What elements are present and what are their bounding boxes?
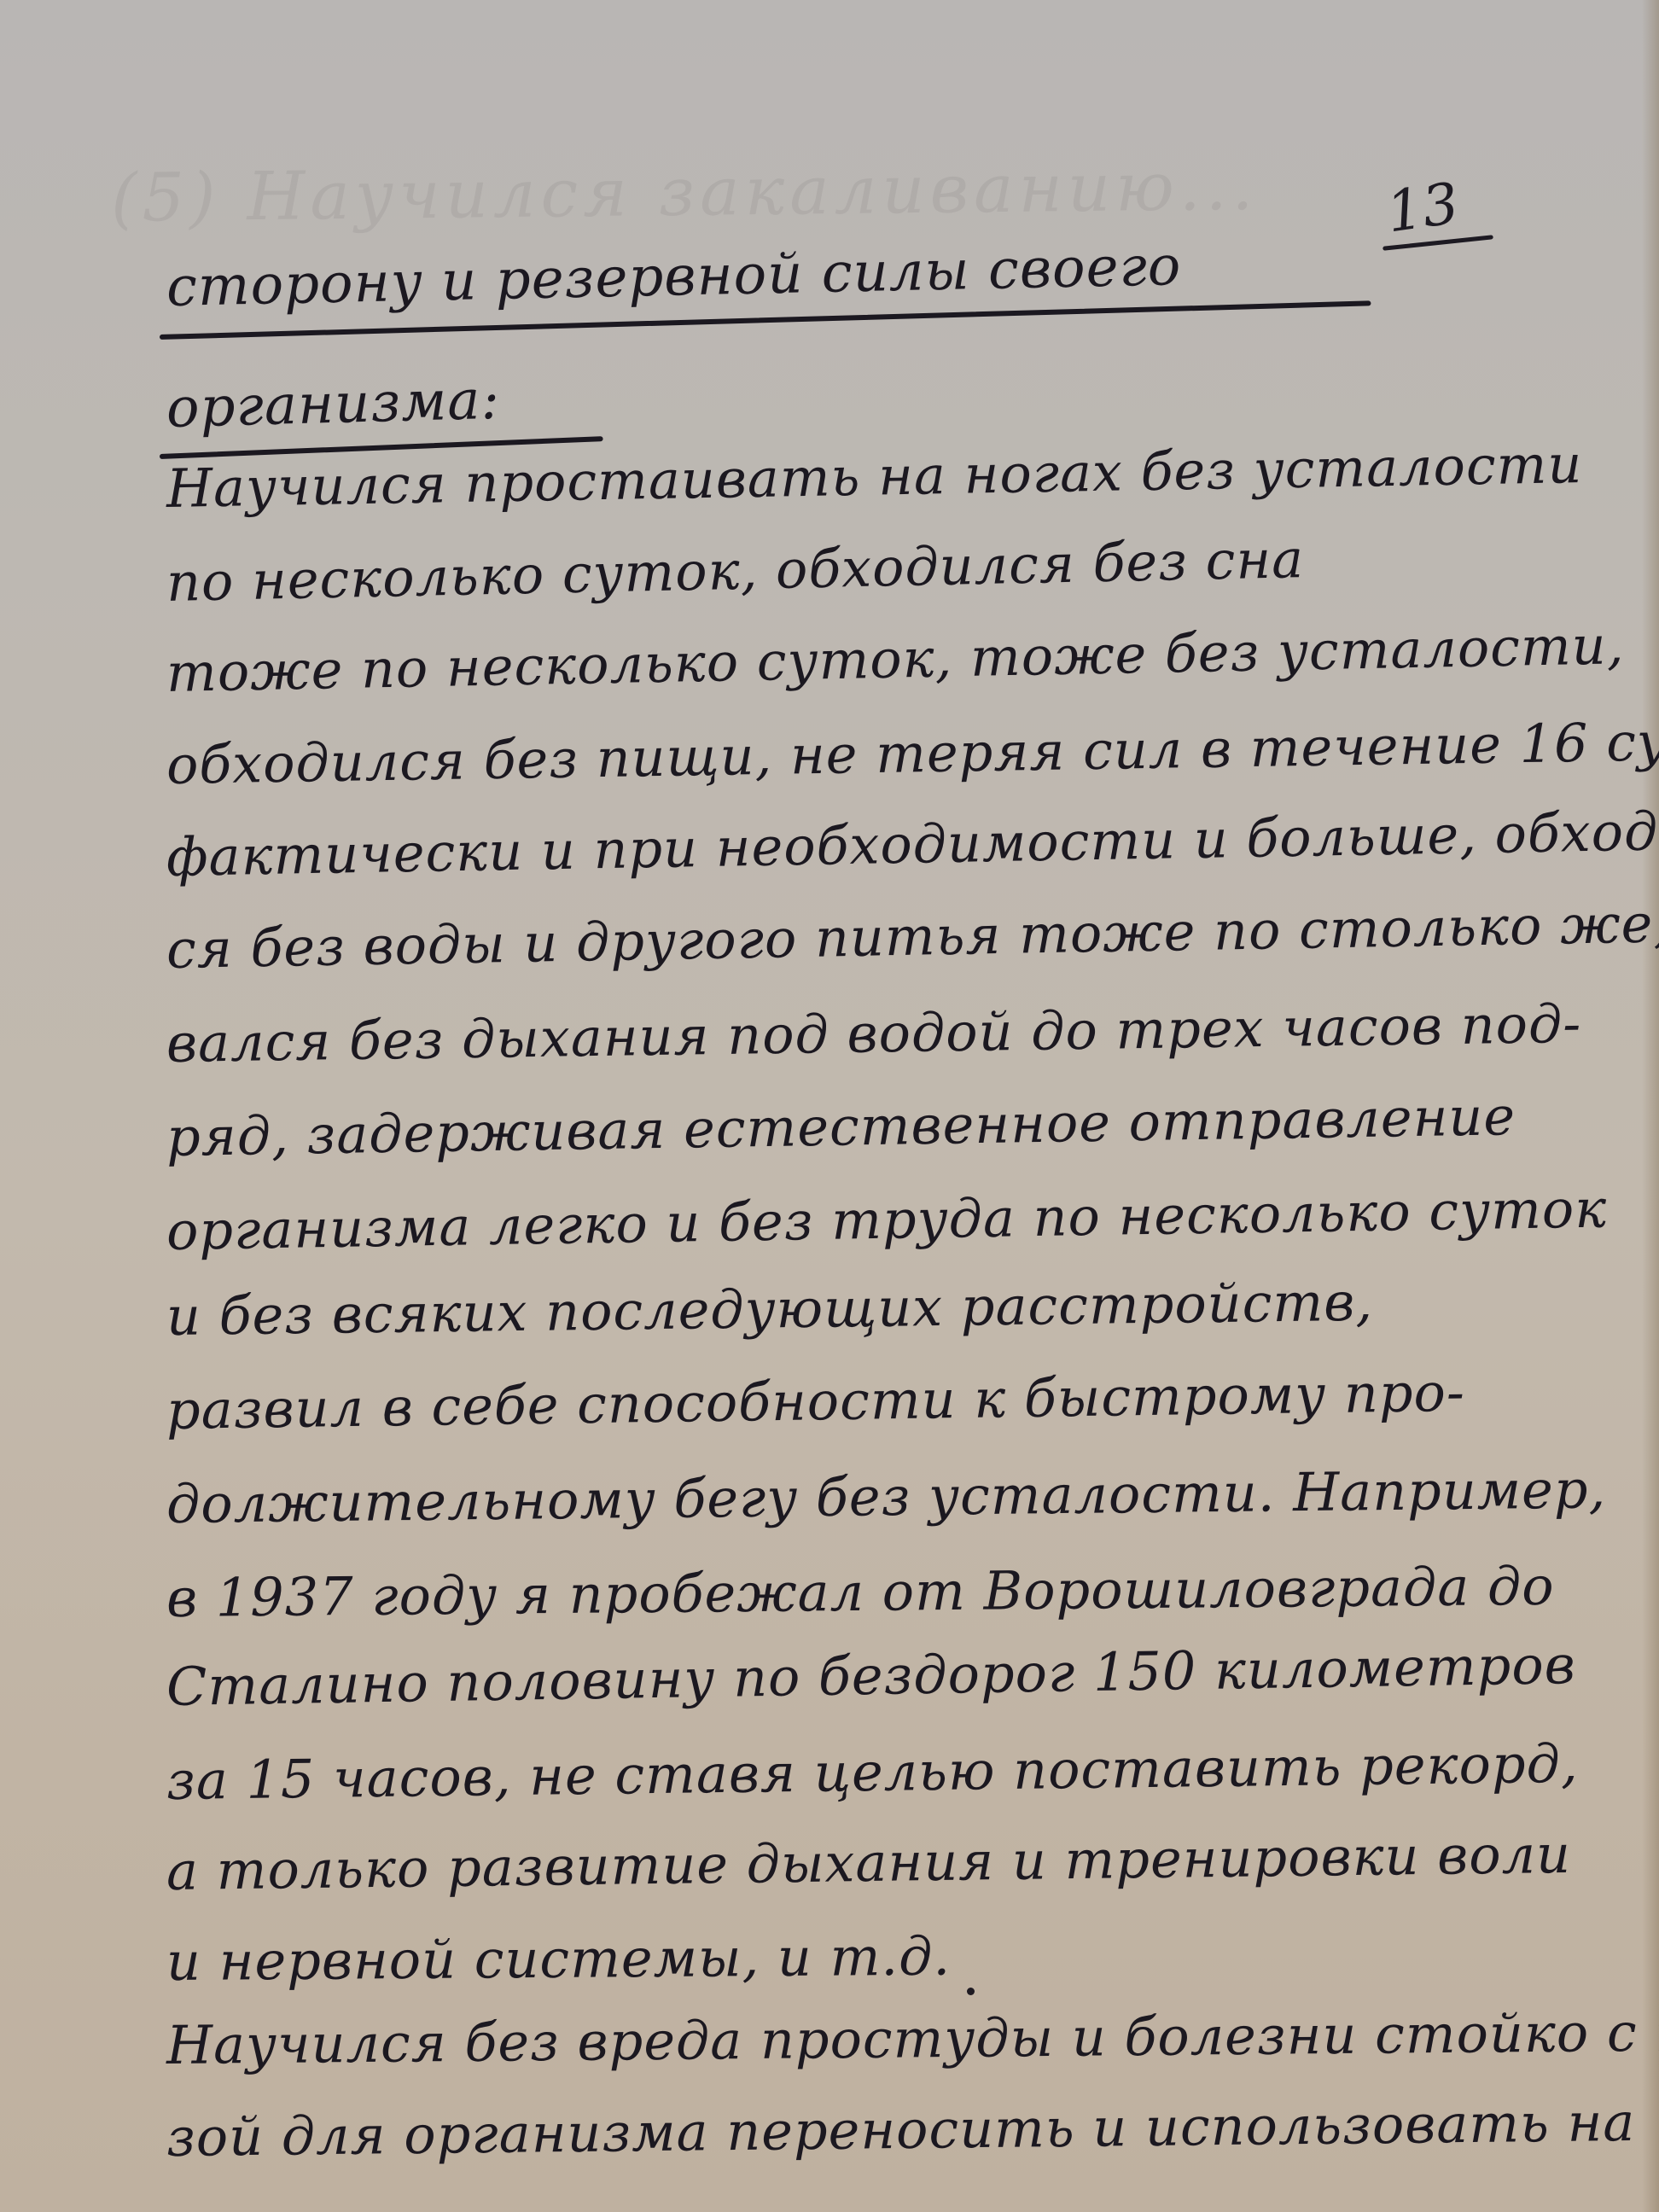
heading-line-2: организма: <box>166 369 501 440</box>
body-line: а только развитие дыхания и тренировки в… <box>166 1823 1572 1902</box>
body-line: Научился без вреда простуды и болезни ст… <box>166 2000 1659 2076</box>
body-line: и без всяких последующих расстройств, <box>166 1271 1374 1348</box>
body-line: обходился без пищи, не теряя сил в течен… <box>166 708 1659 796</box>
body-line: организма легко и без труда по несколько… <box>166 1177 1607 1262</box>
body-line: в 1937 году я пробежал от Ворошиловграда… <box>166 1555 1555 1629</box>
show-through-text: (5) Научился закаливанию... <box>111 147 1392 237</box>
body-line: за 15 часов, не ставя целью поставить ре… <box>166 1732 1579 1812</box>
body-line: ся без воды и другого питья тоже по стол… <box>166 888 1659 981</box>
page-edge-shadow <box>1642 0 1659 2212</box>
body-line: вался без дыхания под водой до трех часо… <box>166 992 1581 1074</box>
heading-line-1: сторону и резервной силы своего <box>166 235 1182 319</box>
body-line: тоже по несколько суток, тоже без устало… <box>166 614 1625 704</box>
ink-dot <box>967 1988 975 1995</box>
body-line: и нервной системы, и т.д. <box>166 1925 952 1993</box>
body-line: зой для организма переносить и использов… <box>166 2091 1636 2168</box>
body-line: по несколько суток, обходился без сна <box>166 527 1305 614</box>
body-line: развил в себе способности к быстрому про… <box>166 1361 1465 1441</box>
body-line: ряд, задерживая естественное отправление <box>166 1085 1516 1168</box>
body-line: должительному бегу без усталости. Наприм… <box>166 1458 1607 1535</box>
page-number: 13 <box>1382 171 1463 246</box>
body-line: фактически и при необходимости и больше,… <box>166 799 1659 888</box>
body-line: Сталино половину по бездорог 150 километ… <box>166 1633 1576 1718</box>
